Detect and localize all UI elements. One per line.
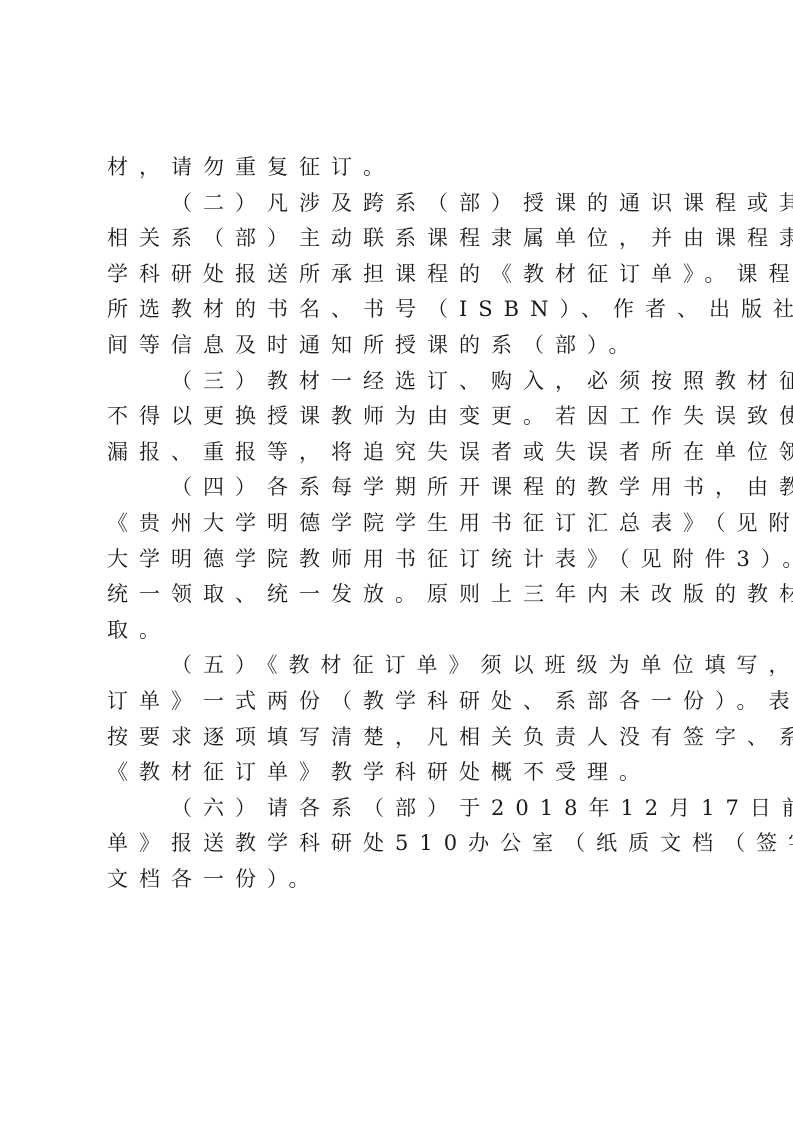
text-line: 大学明德学院教师用书征订统计表》（见附件3）。统一登记造册、 <box>107 542 707 578</box>
text-line: （五）《教材征订单》须以班级为单位填写，每份《教材征 <box>107 648 707 684</box>
text-line: 相关系（部）主动联系课程隶属单位，并由课程隶属单位向教 <box>107 221 707 257</box>
text-line: 不得以更换授课教师为由变更。若因工作失误致使教材错报、 <box>107 399 707 435</box>
text-line: 漏报、重报等，将追究失误者或失误者所在单位领导的责任。 <box>107 435 707 471</box>
text-line: 《贵州大学明德学院学生用书征订汇总表》（见附件2），《贵州 <box>107 506 707 542</box>
text-line: 统一领取、统一发放。原则上三年内未改版的教材不得重复领 <box>107 577 707 613</box>
text-line: （六）请各系（部）于2018年12月17日前将《教材征订 <box>107 791 707 827</box>
text-line: 按要求逐项填写清楚，凡相关负责人没有签字、系没有盖章的 <box>107 720 707 756</box>
text-line: 学科研处报送所承担课程的《教材征订单》。课程隶书单位应将 <box>107 257 707 293</box>
text-line: 单》报送教学科研处510办公室（纸质文档（签字盖章）、电子 <box>107 826 707 862</box>
text-line: 订单》一式两份（教学科研处、系部各一份）。表中各项栏目应 <box>107 684 707 720</box>
text-line: （四）各系每学期所开课程的教学用书，由教学秘书填写 <box>107 470 707 506</box>
text-line: （二）凡涉及跨系（部）授课的通识课程或其它课程，请 <box>107 186 707 222</box>
text-line: 《教材征订单》教学科研处概不受理。 <box>107 755 707 791</box>
text-line: 取。 <box>107 613 707 649</box>
text-line: （三）教材一经选订、购入，必须按照教材征订计划使用， <box>107 364 707 400</box>
text-line: 文档各一份）。 <box>107 862 707 898</box>
document-body: 材，请勿重复征订。 （二）凡涉及跨系（部）授课的通识课程或其它课程，请 相关系（… <box>107 150 707 897</box>
text-line: 间等信息及时通知所授课的系（部）。 <box>107 328 707 364</box>
text-line: 所选教材的书名、书号（ISBN）、作者、出版社、版次、出版时 <box>107 292 707 328</box>
text-line: 材，请勿重复征订。 <box>107 150 707 186</box>
